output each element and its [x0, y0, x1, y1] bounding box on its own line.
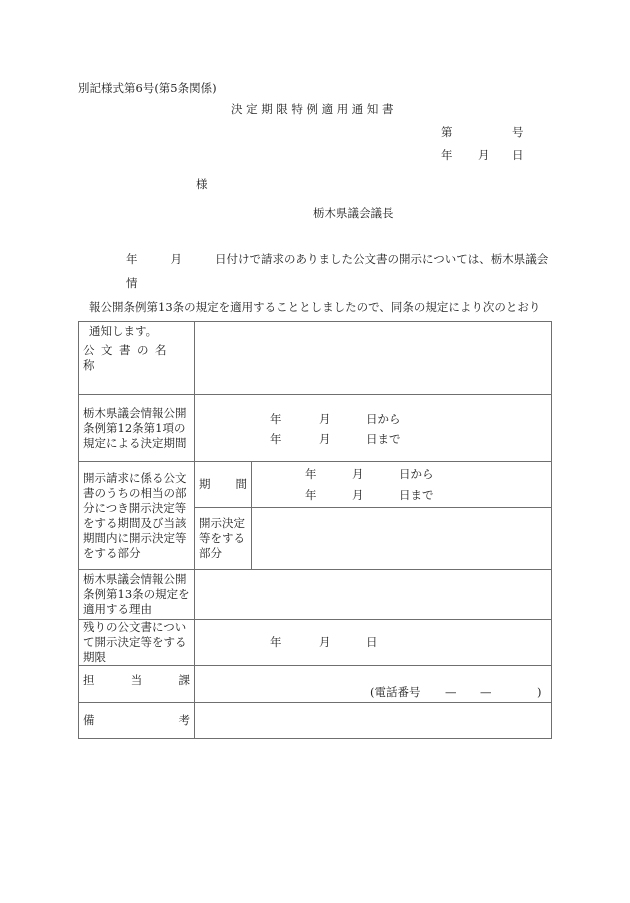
row-partial-period: 開示請求に係る公文書のうちの相当の部分につき開示決定等をする期間及び当該期間内に…	[79, 462, 552, 508]
phone-open: (電話番号	[370, 685, 421, 700]
addressee-suffix: 様	[196, 176, 208, 192]
phone-close: )	[537, 685, 542, 700]
number-suffix: 号	[512, 124, 524, 140]
label-reason: 栃木県議会情報公開条例第13条の規定を適用する理由	[79, 570, 195, 620]
value-department[interactable]: (電話番号 — — )	[195, 666, 552, 703]
label-period: 期間	[195, 462, 252, 508]
body-year: 年	[126, 252, 138, 266]
label-partial: 開示請求に係る公文書のうちの相当の部分につき開示決定等をする期間及び当該期間内に…	[79, 462, 195, 570]
phone-dash-1: —	[445, 685, 457, 700]
value-document-name[interactable]	[195, 322, 552, 395]
row-decision-period: 栃木県議会情報公開条例第12条第1項の規定による決定期間 年 月 日から 年 月…	[79, 395, 552, 462]
body-line-1: 年月日付けで請求のありました公文書の開示については、栃木県議会情	[89, 247, 551, 295]
value-remaining-deadline[interactable]: 年 月 日	[195, 620, 552, 666]
label-document-name: 公文書の名称	[79, 322, 195, 395]
value-partial-period[interactable]: 年 月 日から 年 月 日まで	[252, 462, 552, 508]
sender: 栃木県議会議長	[313, 205, 394, 221]
body-line-1-text: 日付けで請求のありました公文書の開示については、栃木県議会情	[126, 252, 548, 290]
value-reason[interactable]	[195, 570, 552, 620]
label-remaining-deadline: 残りの公文書について開示決定等をする期限	[79, 620, 195, 666]
date-day: 日	[512, 147, 524, 163]
label-decision-period: 栃木県議会情報公開条例第12条第1項の規定による決定期間	[79, 395, 195, 462]
date-month: 月	[478, 147, 490, 163]
number-prefix: 第	[441, 124, 453, 140]
label-part: 開示決定等をする部分	[195, 508, 252, 570]
row-department: 担当課 (電話番号 — — )	[79, 666, 552, 703]
label-remarks: 備考	[79, 703, 195, 739]
value-remarks[interactable]	[195, 703, 552, 739]
label-department: 担当課	[79, 666, 195, 703]
value-part[interactable]	[252, 508, 552, 570]
document-title: 決定期限特例適用通知書	[231, 101, 397, 117]
phone-dash-2: —	[480, 685, 492, 700]
row-reason: 栃木県議会情報公開条例第13条の規定を適用する理由	[79, 570, 552, 620]
body-line-2: 報公開条例第13条の規定を適用することとしましたので、同条の規定により次のとおり	[89, 295, 551, 319]
date-year: 年	[441, 147, 453, 163]
row-remaining-deadline: 残りの公文書について開示決定等をする期限 年 月 日	[79, 620, 552, 666]
row-remarks: 備考	[79, 703, 552, 739]
form-id: 別記様式第6号(第5条関係)	[78, 80, 217, 96]
notice-table: 公文書の名称 栃木県議会情報公開条例第12条第1項の規定による決定期間 年 月 …	[78, 321, 552, 739]
row-document-name: 公文書の名称	[79, 322, 552, 395]
value-decision-period[interactable]: 年 月 日から 年 月 日まで	[195, 395, 552, 462]
body-month: 月	[171, 252, 183, 266]
